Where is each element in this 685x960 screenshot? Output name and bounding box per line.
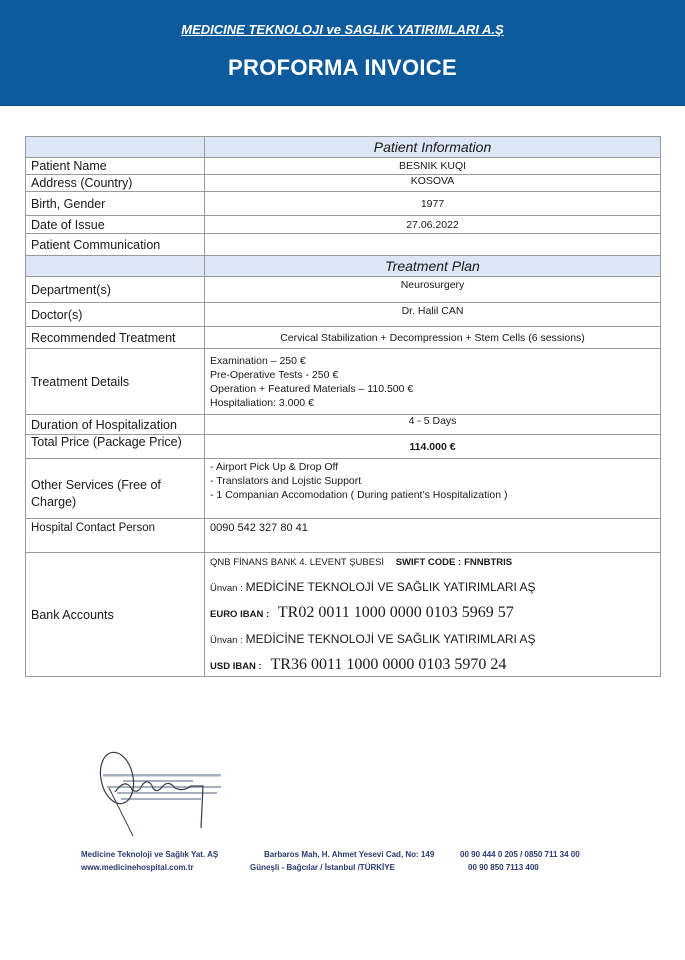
table-row: Address (Country) KOSOVA [26, 175, 661, 192]
row-label: Date of Issue [26, 216, 205, 234]
row-label: Treatment Details [26, 349, 205, 415]
section-patient-information: Patient Information [26, 137, 661, 158]
duration-value: 4 - 5 Days [205, 415, 661, 435]
treatment-detail-item: Operation + Featured Materials – 110.500… [210, 382, 655, 396]
document-title: PROFORMA INVOICE [0, 55, 685, 81]
row-label: Hospital Contact Person [26, 519, 205, 553]
row-label: Bank Accounts [26, 553, 205, 677]
footer-address-line: Barbaros Mah, H. Ahmet Yesevi Cad, No: 1… [250, 848, 434, 861]
swift-code: FNNBTRIS [464, 557, 512, 568]
header-band: MEDICINE TEKNOLOJI ve SAGLIK YATIRIMLARI… [0, 0, 685, 106]
account-holder: MEDİCİNE TEKNOLOJİ VE SAĞLIK YATIRIMLARI… [246, 580, 536, 594]
address-value: KOSOVA [205, 175, 661, 192]
table-row: Birth, Gender 1977 [26, 192, 661, 216]
table-row: Doctor(s) Dr. Halil CAN [26, 303, 661, 327]
other-service-item: - Translators and Lojstic Support [210, 474, 655, 488]
table-row: Patient Name BESNIK KUQI [26, 158, 661, 175]
table-row: Treatment Details Examination – 250 € Pr… [26, 349, 661, 415]
bank-details: QNB FİNANS BANK 4. LEVENT ŞUBESİ SWIFT C… [205, 553, 661, 677]
usd-iban-label: USD IBAN : [210, 661, 262, 672]
contact-value: 0090 542 327 80 41 [205, 519, 661, 553]
recommended-treatment-value: Cervical Stabilization + Decompression +… [205, 327, 661, 349]
footer-phones: 00 90 444 0 205 / 0850 711 34 00 00 90 8… [460, 848, 580, 874]
invoice-table: Patient Information Patient Name BESNIK … [25, 136, 661, 677]
usd-iban: TR36 0011 1000 0000 0103 5970 24 [271, 656, 507, 673]
footer-company-name: Medicine Teknoloji ve Sağlık Yat. AŞ [81, 848, 218, 861]
table-row: Duration of Hospitalization 4 - 5 Days [26, 415, 661, 435]
table-row: Other Services (Free of Charge) - Airpor… [26, 459, 661, 519]
row-label: Duration of Hospitalization [26, 415, 205, 435]
footer-phone: 00 90 444 0 205 / 0850 711 34 00 [460, 848, 580, 861]
row-label: Other Services (Free of Charge) [26, 459, 205, 519]
doctor-value: Dr. Halil CAN [205, 303, 661, 327]
date-of-issue-value: 27.06.2022 [205, 216, 661, 234]
unvan-label: Ünvan : [210, 635, 243, 646]
row-label: Department(s) [26, 277, 205, 303]
treatment-detail-item: Hospitaliation: 3.000 € [210, 396, 655, 410]
treatment-details-list: Examination – 250 € Pre-Operative Tests … [205, 349, 661, 415]
treatment-detail-item: Pre-Operative Tests - 250 € [210, 368, 655, 382]
row-label: Address (Country) [26, 175, 205, 192]
department-value: Neurosurgery [205, 277, 661, 303]
other-services-list: - Airport Pick Up & Drop Off - Translato… [205, 459, 661, 519]
footer-address: Barbaros Mah, H. Ahmet Yesevi Cad, No: 1… [250, 848, 434, 874]
bank-name: QNB FİNANS BANK 4. LEVENT ŞUBESİ [210, 557, 384, 568]
total-price-value: 114.000 € [205, 435, 661, 459]
euro-iban-label: EURO IBAN : [210, 609, 269, 620]
table-row: Recommended Treatment Cervical Stabiliza… [26, 327, 661, 349]
footer-address-line: Güneşli - Bağcılar / İstanbul /TÜRKİYE [250, 861, 434, 874]
table-row: Date of Issue 27.06.2022 [26, 216, 661, 234]
other-service-item: - Airport Pick Up & Drop Off [210, 460, 655, 474]
section-title: Patient Information [205, 137, 661, 158]
euro-iban: TR02 0011 1000 0000 0103 5969 57 [278, 604, 514, 621]
treatment-detail-item: Examination – 250 € [210, 354, 655, 368]
table-row: Patient Communication [26, 234, 661, 256]
table-row: Department(s) Neurosurgery [26, 277, 661, 303]
birth-gender-value: 1977 [205, 192, 661, 216]
row-label: Doctor(s) [26, 303, 205, 327]
section-treatment-plan: Treatment Plan [26, 256, 661, 277]
footer-phone: 00 90 850 7113 400 [460, 861, 580, 874]
company-name: MEDICINE TEKNOLOJI ve SAGLIK YATIRIMLARI… [0, 22, 685, 37]
section-title: Treatment Plan [205, 256, 661, 277]
row-label: Birth, Gender [26, 192, 205, 216]
patient-name-value: BESNIK KUQI [205, 158, 661, 175]
bank-accounts-row: Bank Accounts QNB FİNANS BANK 4. LEVENT … [26, 553, 661, 677]
footer-website-link[interactable]: www.medicinehospital.com.tr [81, 861, 218, 874]
table-row: Total Price (Package Price) 114.000 € [26, 435, 661, 459]
footer-company: Medicine Teknoloji ve Sağlık Yat. AŞ www… [81, 848, 218, 874]
account-holder: MEDİCİNE TEKNOLOJİ VE SAĞLIK YATIRIMLARI… [246, 632, 536, 646]
row-label: Recommended Treatment [26, 327, 205, 349]
table-row: Hospital Contact Person 0090 542 327 80 … [26, 519, 661, 553]
patient-communication-value [205, 234, 661, 256]
row-label: Total Price (Package Price) [26, 435, 205, 459]
company-stamp-signature [95, 748, 230, 838]
row-label: Patient Name [26, 158, 205, 175]
other-service-item: - 1 Companian Accomodation ( During pati… [210, 488, 655, 502]
swift-label: SWIFT CODE : [396, 557, 461, 568]
unvan-label: Ünvan : [210, 583, 243, 594]
row-label: Patient Communication [26, 234, 205, 256]
